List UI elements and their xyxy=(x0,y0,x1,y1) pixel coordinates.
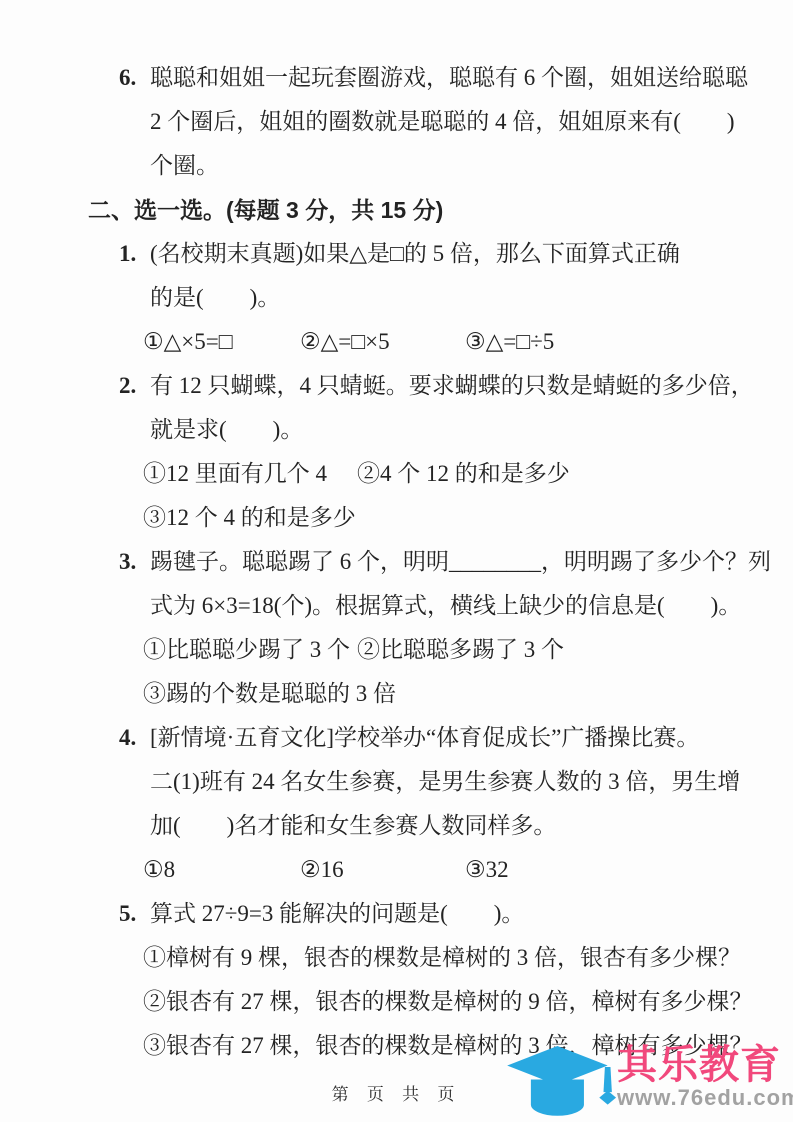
question-1-option-3: ③△=□÷5 xyxy=(465,320,554,364)
page-footer: 第 页 共 页 xyxy=(0,1080,793,1105)
question-1-option-2: ②△=□×5 xyxy=(300,320,465,364)
question-2-number: 2. xyxy=(119,364,136,408)
question-2-option-2: ②4 个 12 的和是多少 xyxy=(357,452,570,496)
question-1-options: ①△×5=□ ②△=□×5 ③△=□÷5 xyxy=(143,320,753,364)
question-3-option-1: ①比聪聪少踢了 3 个 xyxy=(143,628,357,672)
question-3-line-1: 踢毽子。聪聪踢了 6 个，明明________，明明踢了多少个？列 xyxy=(150,540,753,584)
question-6-line-2: 2 个圈后，姐姐的圈数就是聪聪的 4 倍，姐姐原来有( ) xyxy=(150,100,753,144)
question-5-option-1: ①樟树有 9 棵，银杏的棵数是樟树的 3 倍，银杏有多少棵？ xyxy=(143,936,741,980)
question-3-line-2: 式为 6×3=18(个)。根据算式，横线上缺少的信息是( )。 xyxy=(150,584,753,628)
question-4-line-3: 加( )名才能和女生参赛人数同样多。 xyxy=(150,804,753,848)
question-2-option-1: ①12 里面有几个 4 xyxy=(143,452,357,496)
question-4-option-3: ③32 xyxy=(465,848,509,892)
question-1-line-2: 的是( )。 xyxy=(150,276,753,320)
question-3-option-2: ②比聪聪多踢了 3 个 xyxy=(357,628,564,672)
question-1: 1. (名校期末真题)如果△是□的 5 倍，那么下面算式正确 的是( )。 ①△… xyxy=(0,232,793,364)
question-5-option-2: ②银杏有 27 棵，银杏的棵数是樟树的 9 倍，樟树有多少棵？ xyxy=(143,980,753,1024)
question-4-option-2: ②16 xyxy=(300,848,465,892)
question-5-options-row-2: ②银杏有 27 棵，银杏的棵数是樟树的 9 倍，樟树有多少棵？ xyxy=(143,980,753,1024)
question-4: 4. [新情境·五育文化]学校举办“体育促成长”广播操比赛。 二(1)班有 24… xyxy=(0,716,793,892)
question-3-options-row-1: ①比聪聪少踢了 3 个 ②比聪聪多踢了 3 个 xyxy=(143,628,753,672)
question-1-option-1: ①△×5=□ xyxy=(143,320,300,364)
question-2-options-row-1: ①12 里面有几个 4 ②4 个 12 的和是多少 xyxy=(143,452,753,496)
question-1-number: 1. xyxy=(119,232,136,276)
question-6-number: 6. xyxy=(119,56,136,100)
question-5-options-row-1: ①樟树有 9 棵，银杏的棵数是樟树的 3 倍，银杏有多少棵？ xyxy=(143,936,753,980)
question-2-options-row-2: ③12 个 4 的和是多少 xyxy=(143,496,753,540)
question-2-option-3: ③12 个 4 的和是多少 xyxy=(143,496,356,540)
worksheet-content: 6. 聪聪和姐姐一起玩套圈游戏，聪聪有 6 个圈，姐姐送给聪聪 2 个圈后，姐姐… xyxy=(0,56,793,1068)
question-4-line-2: 二(1)班有 24 名女生参赛，是男生参赛人数的 3 倍，男生增 xyxy=(150,760,753,804)
question-4-option-1: ①8 xyxy=(143,848,300,892)
question-4-options: ①8 ②16 ③32 xyxy=(143,848,753,892)
question-5-number: 5. xyxy=(119,892,136,936)
question-6-line-1: 聪聪和姐姐一起玩套圈游戏，聪聪有 6 个圈，姐姐送给聪聪 xyxy=(150,56,753,100)
question-1-line-1: (名校期末真题)如果△是□的 5 倍，那么下面算式正确 xyxy=(150,232,753,276)
question-6: 6. 聪聪和姐姐一起玩套圈游戏，聪聪有 6 个圈，姐姐送给聪聪 2 个圈后，姐姐… xyxy=(0,56,793,188)
question-4-number: 4. xyxy=(119,716,136,760)
question-5-line-1: 算式 27÷9=3 能解决的问题是( )。 xyxy=(150,892,753,936)
question-3-option-3: ③踢的个数是聪聪的 3 倍 xyxy=(143,672,396,716)
question-2: 2. 有 12 只蝴蝶，4 只蜻蜓。要求蝴蝶的只数是蜻蜓的多少倍， 就是求( )… xyxy=(0,364,793,540)
question-4-line-1: [新情境·五育文化]学校举办“体育促成长”广播操比赛。 xyxy=(150,716,753,760)
section-heading-choose: 二、选一选。(每题 3 分，共 15 分) xyxy=(0,188,793,232)
question-2-line-1: 有 12 只蝴蝶，4 只蜻蜓。要求蝴蝶的只数是蜻蜓的多少倍， xyxy=(150,364,753,408)
question-3: 3. 踢毽子。聪聪踢了 6 个，明明________，明明踢了多少个？列 式为 … xyxy=(0,540,793,716)
question-6-line-3: 个圈。 xyxy=(150,144,753,188)
question-3-options-row-2: ③踢的个数是聪聪的 3 倍 xyxy=(143,672,753,716)
question-3-number: 3. xyxy=(119,540,136,584)
question-2-line-2: 就是求( )。 xyxy=(150,408,753,452)
